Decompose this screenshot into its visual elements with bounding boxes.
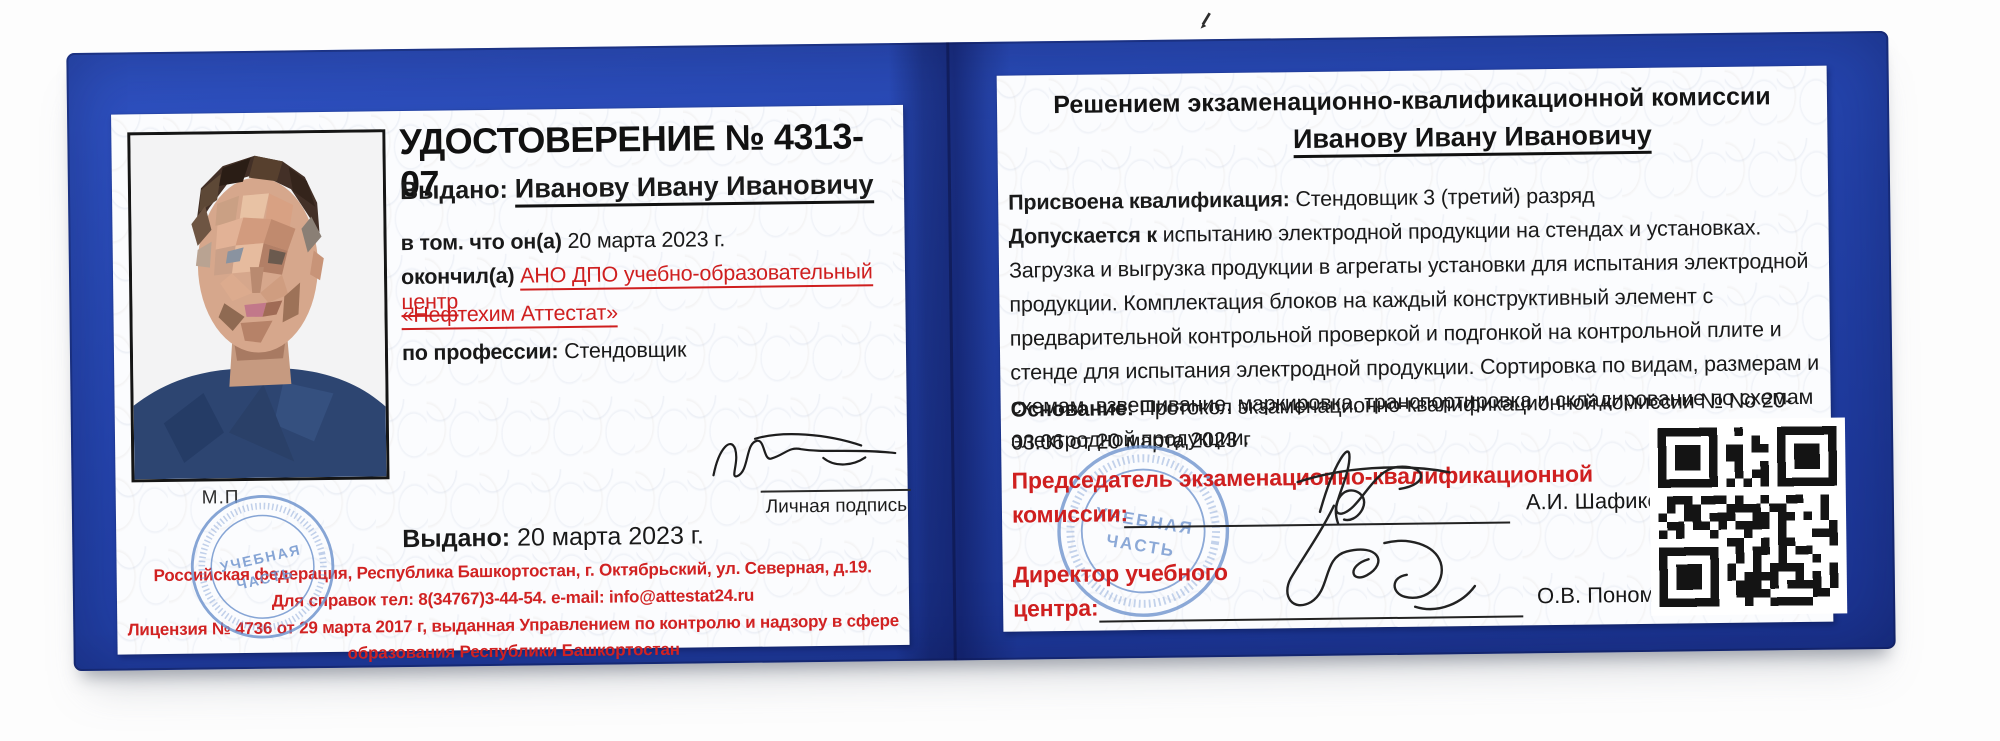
issued-label: Выдано: (400, 176, 508, 205)
svg-text:ЧАСТЬ: ЧАСТЬ (1105, 531, 1177, 561)
issued-to-row: Выдано: Иванову Ивану Ивановичу (400, 169, 874, 206)
training-center-link-2: «Нефтехим Аттестат» (401, 300, 618, 330)
left-page: М.П УДОСТОВЕРЕНИЕ № 4313-07 Выдано: Иван… (111, 105, 910, 655)
qr-code (1649, 417, 1847, 615)
certificate-booklet: М.П УДОСТОВЕРЕНИЕ № 4313-07 Выдано: Иван… (66, 31, 1895, 671)
portrait-photo (127, 129, 389, 482)
director-title-line1: Директор учебного (1013, 559, 1228, 589)
profession-row: по профессии: Стендовщик (402, 338, 687, 366)
issue-date-row: Выдано: 20 марта 2023 г. (402, 521, 704, 554)
signature-caption: Личная подпись (744, 495, 929, 519)
confirmation-row: в том. что он(а) 20 марта 2023 г. (400, 227, 725, 256)
holder-name-2: Иванову Ивану Ивановичу (1293, 120, 1652, 158)
pen-tick-mark (1196, 12, 1212, 32)
chairman-title-line2: комиссии: (1012, 500, 1128, 528)
signature-rule (761, 489, 911, 493)
right-page: Решением экзаменационно-квалификационной… (997, 66, 1834, 632)
training-center-row2: «Нефтехим Аттестат» (401, 300, 618, 328)
director-title-line2: центра: (1013, 595, 1099, 623)
personal-signature-image (703, 427, 909, 491)
portrait-lowpoly-image (130, 132, 386, 479)
holder-name: Иванову Ивану Ивановичу (515, 169, 874, 207)
scanned-certificate: М.П УДОСТОВЕРЕНИЕ № 4313-07 Выдано: Иван… (0, 0, 2000, 741)
holder-name-row: Иванову Ивану Ивановичу (1057, 117, 1887, 158)
commission-header: Решением экзаменационно-квалификационной… (997, 82, 1827, 121)
director-signature-image (1238, 498, 1490, 626)
